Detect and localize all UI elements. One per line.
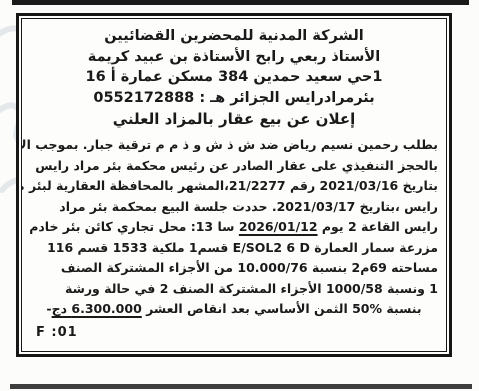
- body-line-session: رايس القاعة 2 يوم 2026/01/12 سا 13: محل …: [30, 217, 438, 238]
- body-line-surface: مساحته 69م2 بنسبة 10.000/76 من الأجزاء ا…: [30, 258, 438, 279]
- auction-date: 2026/01/12: [239, 219, 318, 234]
- price-clause-text: بنسبة %50 الثمن الأساسي بعد انقاص العشر: [142, 301, 422, 316]
- bottom-separator-bar: [10, 384, 472, 389]
- body-line-seizure: بالحجز التنفيذي على عقار الصادر عن رئيس …: [30, 156, 438, 177]
- body-line-request: بطلب رحمين نسيم رياض ضد ش ذ ش و ذ م م تر…: [30, 135, 438, 156]
- body-line-registration: رايس ،بتاريخ 2021/03/17. حددت جلسة البيع…: [30, 197, 438, 218]
- body-line-shares: 1 ونسبة 1000/58 الأجزاء المشتركة الصنف 2…: [30, 279, 438, 300]
- form-ref: F :01: [36, 325, 438, 340]
- sale-amount: 6.300.000 دج: [52, 301, 142, 316]
- notice-frame: الشركة المدنية للمحضرين القضائيين الأستا…: [16, 13, 452, 357]
- notice-title: إعلان عن بيع عقار بالمزاد العلني: [30, 108, 438, 130]
- city-phone-line: بئرمرادرايس الجزائر هـ : 0552172888: [30, 88, 438, 109]
- notice-content: الشركة المدنية للمحضرين القضائيين الأستا…: [21, 18, 447, 352]
- company-name: الشركة المدنية للمحضرين القضائيين: [30, 26, 438, 47]
- notice-header: الشركة المدنية للمحضرين القضائيين الأستا…: [30, 26, 438, 108]
- bailiff-names: الأستاذ ربعي رابح الأستاذة بن عبيد كريمة: [30, 47, 438, 68]
- scanned-newspaper-page: الشركة المدنية للمحضرين القضائيين الأستا…: [0, 0, 479, 391]
- body-line-order-ref: بتاريخ 2021/03/16 رقم 21/2277،المشهر بال…: [30, 176, 438, 197]
- property-type: محل تجاري كائن بئر خادم: [29, 219, 186, 234]
- session-court-text: رايس القاعة 2 يوم: [318, 219, 438, 234]
- body-line-price: بنسبة %50 الثمن الأساسي بعد انقاص العشر …: [30, 299, 438, 320]
- office-address: 1حي سعيد حمدين 384 مسكن عمارة أ 16: [30, 67, 438, 88]
- notice-body: بطلب رحمين نسيم رياض ضد ش ذ ش و ذ م م تر…: [30, 135, 438, 320]
- session-time: سا 13:: [186, 219, 238, 234]
- top-separator-bar: [12, 0, 469, 5]
- body-line-location: مزرعة سمار العمارة E/SOL2 6 D قسم1 ملكية…: [30, 238, 438, 259]
